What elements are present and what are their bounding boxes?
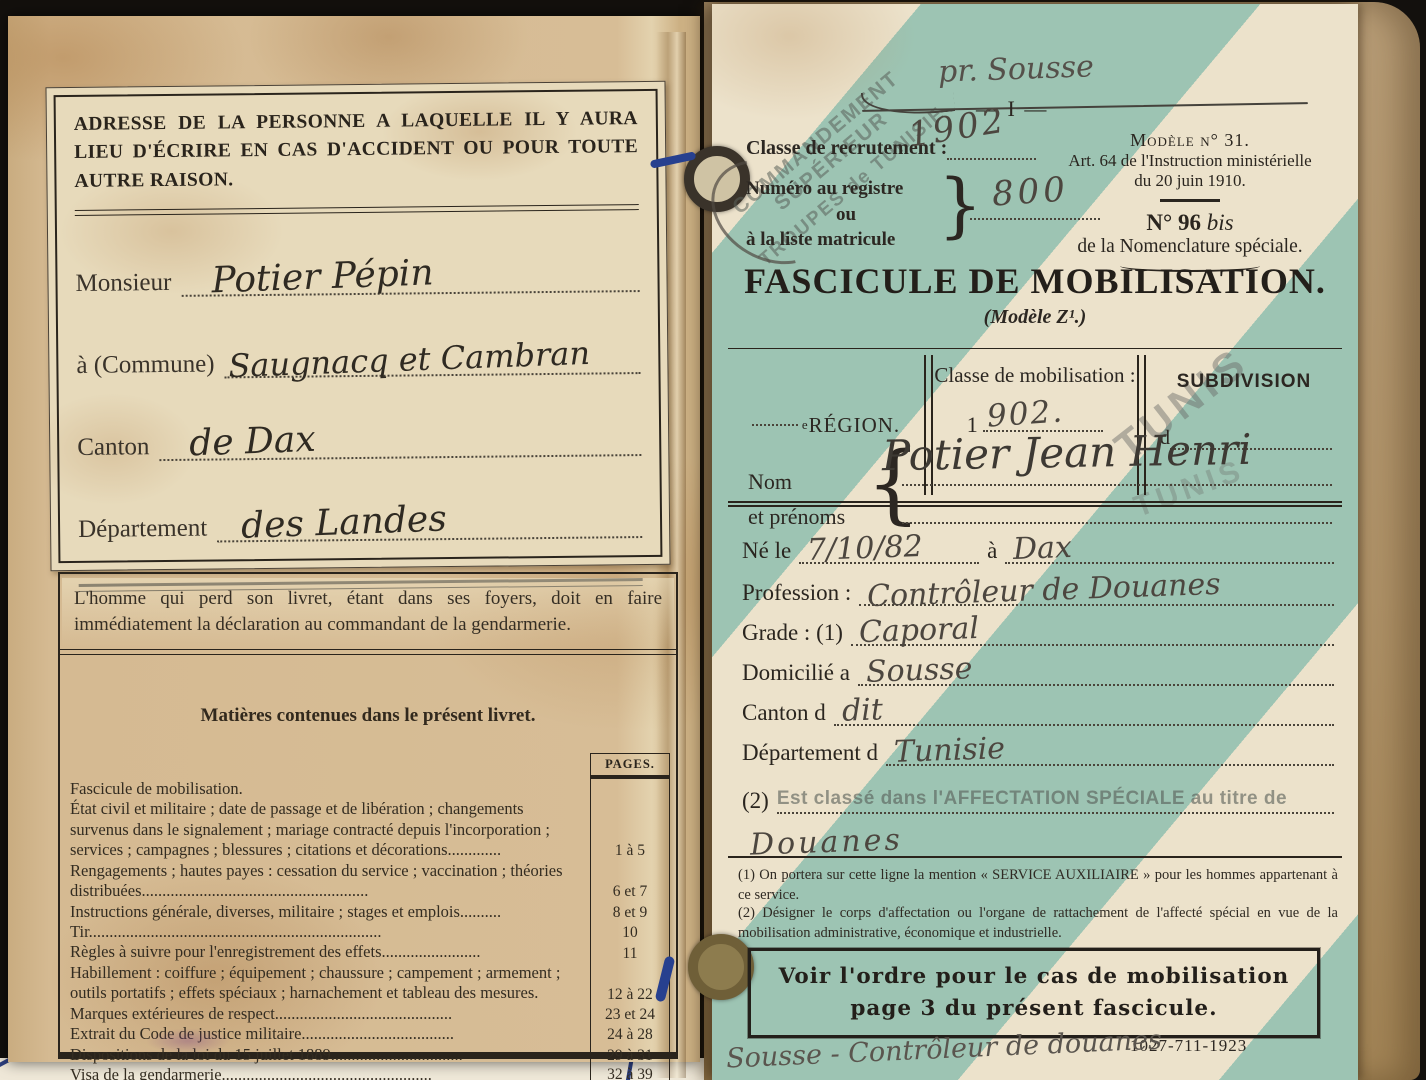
scanned-booklet: { "colors": { "stripe_green": "#9dc4b3",… <box>0 0 1426 1080</box>
dotted-line <box>902 484 1332 486</box>
toc-title: Matières contenues dans le présent livre… <box>60 705 676 727</box>
document-title: FASCICULE DE MOBILISATION. <box>712 260 1358 302</box>
canton-row: Canton d dit <box>742 694 1334 726</box>
toc-row: État civil et militaire ; date de passag… <box>70 799 670 860</box>
subdivision-label: SUBDIVISION <box>1146 371 1342 393</box>
classement-value-row: Douanes <box>742 826 1334 858</box>
contents-box: L'homme qui perd son livret, étant dans … <box>58 572 678 1059</box>
dotted-line: Contrôleur de Douanes <box>859 574 1334 606</box>
field-label: Monsieur <box>75 269 181 298</box>
classement-row: (2) Est classé dans l'AFFECTATION SPÉCIA… <box>742 782 1334 814</box>
handwritten-domicile: Sousse <box>865 651 973 690</box>
name-label: Nom <box>748 464 845 499</box>
dotted-line: Sousse <box>858 654 1334 686</box>
toc-header-row: PAGES. <box>70 753 670 779</box>
toc-row: Règles à suivre pour l'enregistrement de… <box>70 942 670 962</box>
address-field-monsieur: Monsieur Potier Pépin <box>75 256 639 298</box>
footnote-2: (2) Désigner le corps d'affectation ou l… <box>738 904 1338 943</box>
mobilisation-order-box: Voir l'ordre pour le cas de mobilisation… <box>748 948 1320 1038</box>
footnote-rule <box>728 856 1342 858</box>
dotted-line: Saugnacq et Cambran <box>224 338 640 378</box>
handwritten-departement: Tunisie <box>893 731 1005 770</box>
address-heading: ADRESSE DE LA PERSONNE A LAQUELLE IL Y A… <box>74 105 639 196</box>
toc-row: Tir.....................................… <box>70 922 670 942</box>
handwritten-birthplace: Dax <box>1013 530 1073 567</box>
toc-row: Rengagements ; hautes payes : cessation … <box>70 861 670 902</box>
departement-row: Département d Tunisie <box>742 734 1334 766</box>
brace: } <box>938 164 983 246</box>
field-label: à (Commune) <box>76 350 224 380</box>
grommet-bottom <box>688 934 754 1000</box>
handwritten-grade: Caporal <box>858 611 979 650</box>
toc-row: Visa de la gendarmerie..................… <box>70 1065 670 1080</box>
field-label: Département <box>78 514 217 543</box>
prenoms-label: et prénoms <box>748 499 845 534</box>
dotted-line: Tunisie <box>886 734 1334 766</box>
address-label: ADRESSE DE LA PERSONNE A LAQUELLE IL Y A… <box>45 81 670 571</box>
grade-row: Grade : (1) Caporal <box>742 614 1334 646</box>
handwritten-canton: de Dax <box>189 419 317 465</box>
toc-row: Fascicule de mobilisation. <box>70 779 670 799</box>
address-field-canton: Canton de Dax <box>77 420 641 462</box>
field-label: Canton <box>77 433 160 462</box>
handwritten-commune: Saugnacq et Cambran <box>228 334 591 385</box>
dotted-line <box>902 522 1332 524</box>
short-rule <box>1160 199 1220 202</box>
dotted-line: Est classé dans l'AFFECTATION SPÉCIALE a… <box>777 782 1334 814</box>
handwritten-canton: dit <box>841 692 883 728</box>
handwritten-name: Potier Pépin <box>211 252 434 301</box>
mobilisation-label: Classe de mobilisation : <box>933 363 1137 388</box>
handwritten-departement: des Landes <box>240 498 447 547</box>
left-page: ADRESSE DE LA PERSONNE A LAQUELLE IL Y A… <box>8 16 700 1062</box>
dotted-line: Potier Pépin <box>181 256 640 297</box>
double-rule <box>60 649 676 655</box>
ink-smudge <box>128 1021 248 1061</box>
profession-row: Profession : Contrôleur de Douanes <box>742 574 1334 606</box>
lost-booklet-notice: L'homme qui perd son livret, étant dans … <box>62 578 674 647</box>
handwritten-profession: Contrôleur de Douanes <box>867 567 1222 614</box>
dotted-line: Douanes <box>742 826 1334 858</box>
handwritten-full-name: Potier Jean Henri <box>882 425 1252 480</box>
address-field-commune: à (Commune) Saugnacq et Cambran <box>76 338 640 380</box>
domicile-row: Domicilié a Sousse <box>742 654 1334 686</box>
dotted-prefix <box>752 424 798 426</box>
dotted-line: 7/10/82 <box>799 532 979 564</box>
dotted-line: dit <box>834 694 1334 726</box>
handwritten-birthdate: 7/10/82 <box>807 529 924 568</box>
affectation-stamp: Est classé dans l'AFFECTATION SPÉCIALE a… <box>777 788 1334 810</box>
born-row: Né le 7/10/82 à Dax <box>742 532 1334 564</box>
dotted-line: Dax <box>1005 532 1334 564</box>
dotted-line: de Dax <box>159 420 641 461</box>
toc-row: Habillement : coiffure ; équipement ; ch… <box>70 963 670 1004</box>
address-field-departement: Département des Landes <box>78 502 642 544</box>
double-rule <box>75 204 639 216</box>
dotted-line: Caporal <box>851 614 1334 646</box>
address-label-border: ADRESSE DE LA PERSONNE A LAQUELLE IL Y A… <box>54 89 663 563</box>
toc-pages-header: PAGES. <box>590 753 670 779</box>
toc-row: Instructions générale, diverses, militai… <box>70 902 670 922</box>
right-page: COMMANDEMENT SUPÉRIEUR TROUPES de TUNISI… <box>712 4 1358 1080</box>
model-reference-block: Modèle n° 31. Art. 64 de l'Instruction m… <box>1042 130 1338 272</box>
document-subtitle: (Modèle Z¹.) <box>712 306 1358 329</box>
pencil-annotation-top: pr. Sousse <box>937 49 1094 89</box>
footnote-1: (1) On portera sur cette ligne la mentio… <box>738 866 1338 905</box>
dotted-line: des Landes <box>217 502 642 542</box>
